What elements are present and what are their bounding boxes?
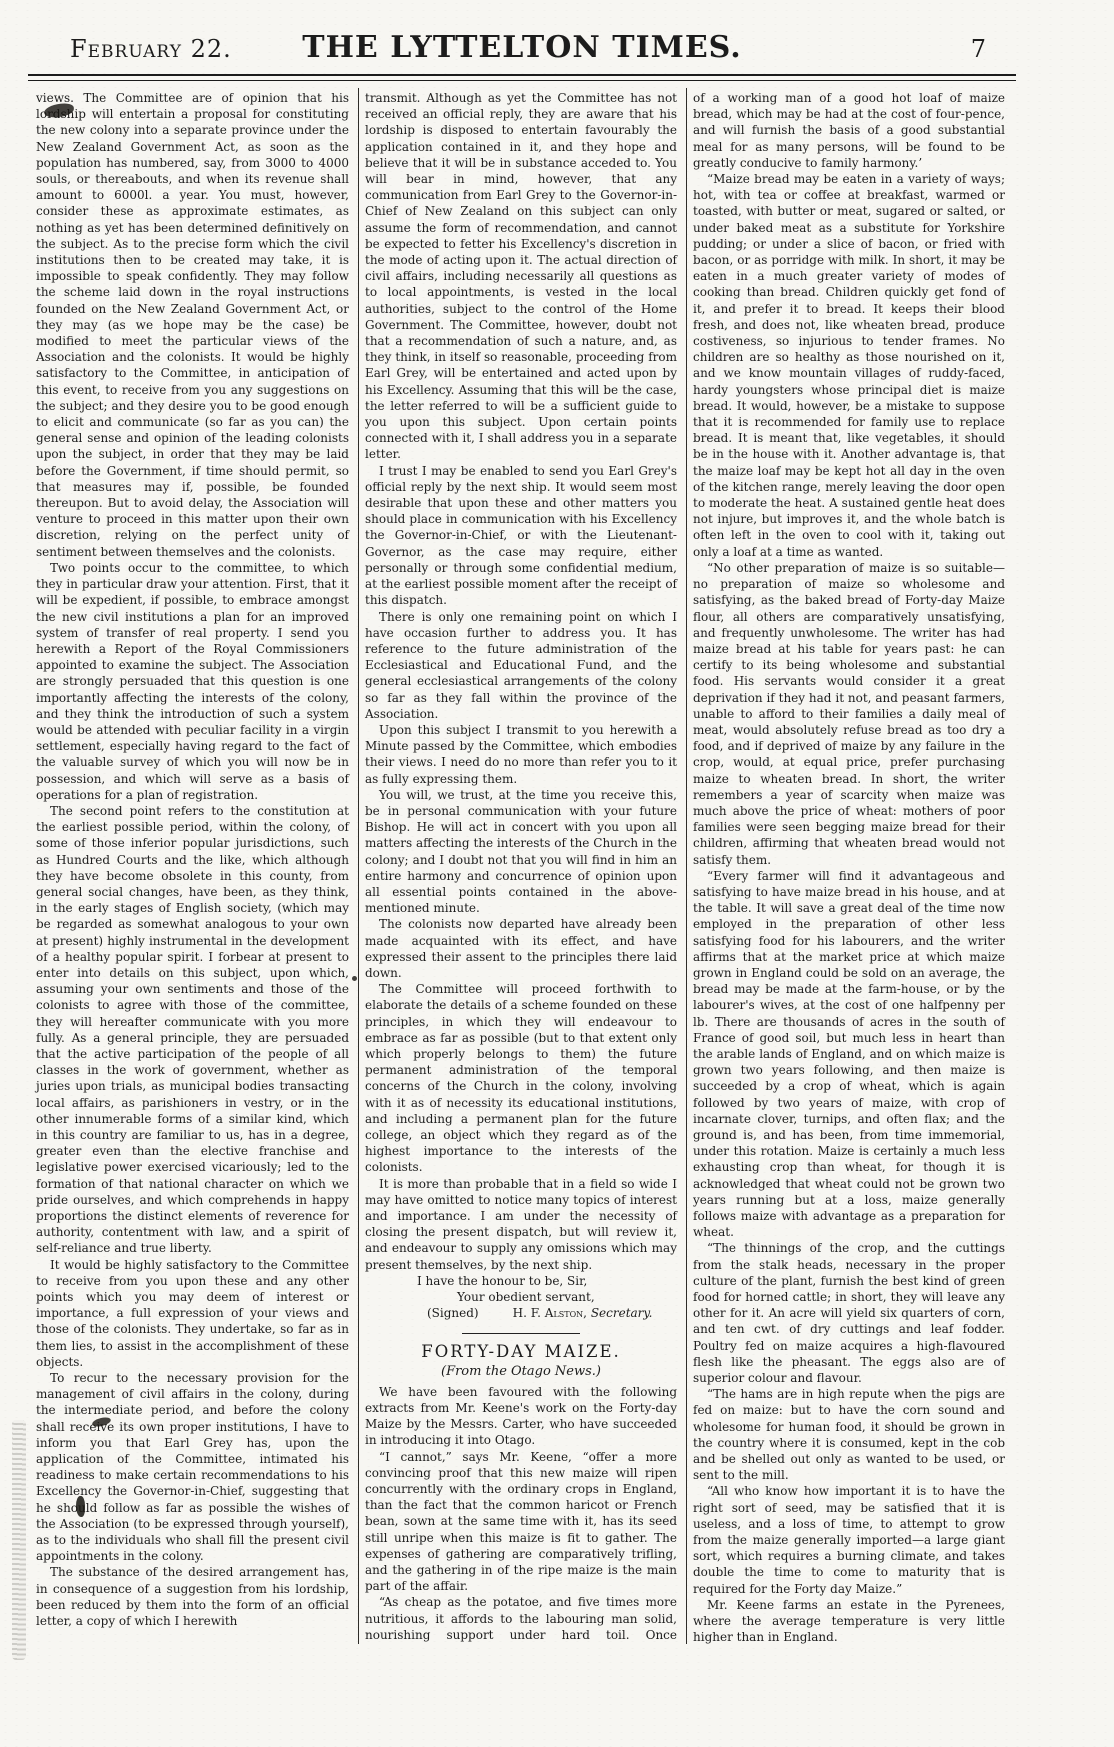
paragraph: “The hams are in high repute when the pi… <box>693 1386 1005 1483</box>
signatory-title: Secretary. <box>591 1306 653 1320</box>
masthead: February 22. THE LYTTELTON TIMES. 7 <box>30 30 1014 74</box>
paragraph: You will, we trust, at the time you rece… <box>365 787 677 917</box>
paragraph: transmit. Although as yet the Committee … <box>365 90 677 463</box>
column-3: of a working man of a good hot loaf of m… <box>686 88 1014 1644</box>
scan-edge-smudge <box>12 1420 26 1660</box>
paragraph: It would be highly satisfactory to the C… <box>36 1257 349 1370</box>
paragraph: The substance of the desired arrangement… <box>36 1564 349 1629</box>
letter-signature: (Signed)H. F. Alston, Secretary. <box>365 1305 677 1321</box>
paragraph: To recur to the necessary provision for … <box>36 1370 349 1564</box>
column-2: transmit. Although as yet the Committee … <box>358 88 686 1644</box>
paragraph: “No other preparation of maize is so sui… <box>693 560 1005 868</box>
paragraph: “Every farmer will find it advantageous … <box>693 868 1005 1241</box>
paragraph: It is more than probable that in a field… <box>365 1176 677 1273</box>
paragraph: Mr. Keene farms an estate in the Pyrenee… <box>693 1597 1005 1644</box>
issue-date: February 22. <box>30 35 302 63</box>
paragraph: “Maize bread may be eaten in a variety o… <box>693 171 1005 560</box>
newspaper-title: THE LYTTELTON TIMES. <box>302 30 741 65</box>
paragraph: There is only one remaining point on whi… <box>365 609 677 722</box>
section-divider <box>462 1333 580 1334</box>
paragraph: of a working man of a good hot loaf of m… <box>693 90 1005 171</box>
letter-valediction: I have the honour to be, Sir, <box>365 1273 677 1289</box>
page-number: 7 <box>742 35 1014 63</box>
paragraph: We have been favoured with the following… <box>365 1384 677 1449</box>
text-columns: views. The Committee are of opinion that… <box>30 88 1014 1644</box>
paragraph: “All who know how important it is to hav… <box>693 1483 1005 1596</box>
column-1: views. The Committee are of opinion that… <box>30 88 358 1644</box>
article-source: (From the Otago News.) <box>365 1364 677 1380</box>
signed-label: (Signed) <box>427 1306 479 1320</box>
paragraph: The second point refers to the constitut… <box>36 803 349 1257</box>
paragraph: “I cannot,” says Mr. Keene, “offer a mor… <box>365 1449 677 1595</box>
letter-valediction: Your obedient servant, <box>365 1289 677 1305</box>
paragraph: “The thinnings of the crop, and the cutt… <box>693 1240 1005 1386</box>
paragraph: “As cheap as the potatoe, and five times… <box>365 1594 677 1644</box>
signatory-name: H. F. Alston, <box>513 1306 587 1320</box>
paragraph: The Committee will proceed forthwith to … <box>365 981 677 1175</box>
article-heading: FORTY-DAY MAIZE. <box>365 1344 677 1360</box>
masthead-rule <box>28 74 1016 81</box>
paragraph: views. The Committee are of opinion that… <box>36 90 349 560</box>
newspaper-page: February 22. THE LYTTELTON TIMES. 7 view… <box>0 0 1114 1747</box>
paragraph: I trust I may be enabled to send you Ear… <box>365 463 677 609</box>
paragraph: Two points occur to the committee, to wh… <box>36 560 349 803</box>
paragraph: Upon this subject I transmit to you here… <box>365 722 677 787</box>
paragraph: The colonists now departed have already … <box>365 916 677 981</box>
